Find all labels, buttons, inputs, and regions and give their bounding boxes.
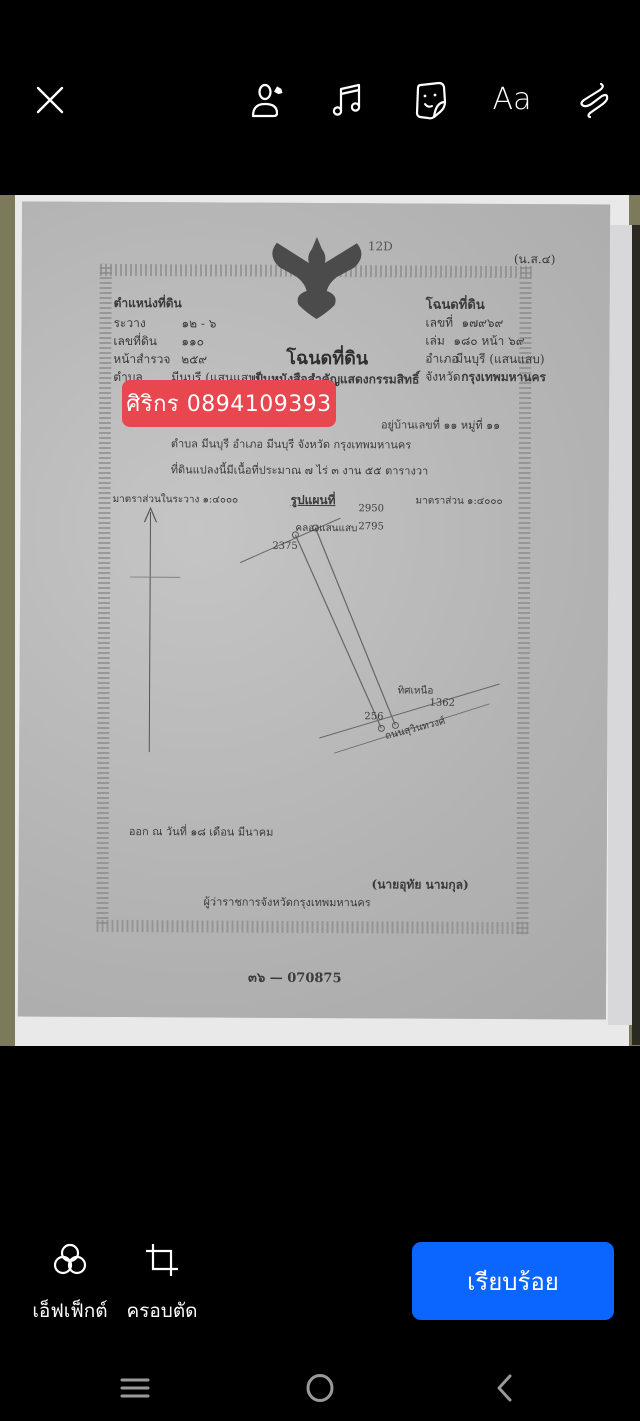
left-row-label: หน้าสำรวจ [113,350,170,369]
crop-icon [142,1240,182,1280]
right-row-label: อำเภอ [425,350,458,369]
paper-edge [608,225,632,1025]
back-icon [487,1370,523,1406]
right-row-label: จังหวัด [425,368,460,387]
crop-label: ครอบตัด [126,1296,197,1326]
recents-button[interactable] [115,1368,155,1408]
map-label: 2795 [358,521,384,532]
right-row-label: เลขที่ [425,314,453,333]
tag-people-button[interactable] [245,78,289,122]
home-button[interactable] [300,1368,340,1408]
land-title-deed: 12D (น.ส.๔) ตำแหน่งที่ดิน ระวาง ๑๒ - ๖ เ… [18,201,610,1019]
home-icon [302,1370,338,1406]
location-line: ตำบล มีนบุรี อำเภอ มีนบุรี จังหวัด กรุงเ… [171,434,411,453]
crop-button[interactable]: ครอบตัด [120,1240,204,1326]
right-row-value: มีนบุรี (แสนแสบ) [455,350,544,369]
left-row-value: ๑๒ - ๖ [181,314,216,333]
text-button[interactable]: Aa [490,78,534,122]
music-note-icon [328,80,368,120]
left-row-value: ๒๕๙ [181,350,207,369]
text-sticker[interactable]: ศิริกร 0894109393 [122,380,336,427]
serial-number: ๓๖ — 070875 [248,967,342,988]
close-icon [30,80,70,120]
left-row-value: ๑๑๐ [181,332,204,351]
left-header: ตำแหน่งที่ดิน [114,294,182,313]
deed-title: โฉนดที่ดิน [286,343,368,372]
address-line: อยู่บ้านเลขที่ ๑๑ หมู่ที่ ๑๑ [381,415,500,434]
issue-date: ออก ณ วันที่ ๑๘ เดือน มีนาคม [129,822,274,841]
right-row-value: กรุงเทพมหานคร [461,368,546,387]
map-label: 2375 [272,541,298,552]
right-row-value: ๑๗๙๖๙ [461,314,503,333]
paper-shadow [632,225,640,1045]
effects-button[interactable]: เอ็ฟเฟ็กต์ [26,1240,114,1326]
photo-canvas[interactable]: 12D (น.ส.๔) ตำแหน่งที่ดิน ระวาง ๑๒ - ๖ เ… [0,195,640,1046]
garuda-emblem-icon [257,233,377,324]
area-line: ที่ดินแปลงนี้มีเนื้อที่ประมาณ ๗ ไร่ ๓ งา… [171,460,429,479]
plot-map-drawing [119,502,520,774]
draw-squiggle-icon [574,80,614,120]
system-nav-bar [0,1350,640,1421]
sticker-icon [410,80,450,120]
right-row-value: ๑๘๐ หน้า ๖๙ [453,332,524,351]
tag-people-icon [247,80,287,120]
official-name: (นายอุทัย นามกุล) [372,875,469,895]
draw-button[interactable] [572,78,616,122]
sticker-button[interactable] [408,78,452,122]
map-label: 2950 [359,503,385,514]
left-row-label: ระวาง [113,314,145,333]
editor-toolbar: Aa [0,60,640,145]
map-label: 1362 [429,698,455,709]
map-label-canal: คลองแสนแสบ [295,521,357,536]
form-code: (น.ส.๔) [514,250,556,269]
official-title: ผู้ว่าราชการจังหวัดกรุงเทพมหานคร [203,892,370,911]
right-row-label: เล่ม [425,332,444,351]
back-button[interactable] [485,1368,525,1408]
effects-label: เอ็ฟเฟ็กต์ [32,1296,107,1326]
text-tool-label: Aa [493,78,532,122]
deed-border-bottom [96,920,528,934]
recents-icon [117,1370,153,1406]
done-button[interactable]: เรียบร้อย [412,1242,614,1320]
effects-icon [50,1240,90,1280]
map-label: 256 [364,711,383,722]
music-button[interactable] [326,78,370,122]
map-label: ทิศเหนือ [398,683,434,698]
left-row-label: เลขที่ดิน [113,332,157,351]
handwritten-note: 12D [368,239,393,253]
right-title: โฉนดที่ดิน [426,294,485,315]
deed-border-left [96,264,111,924]
close-button[interactable] [28,78,72,122]
